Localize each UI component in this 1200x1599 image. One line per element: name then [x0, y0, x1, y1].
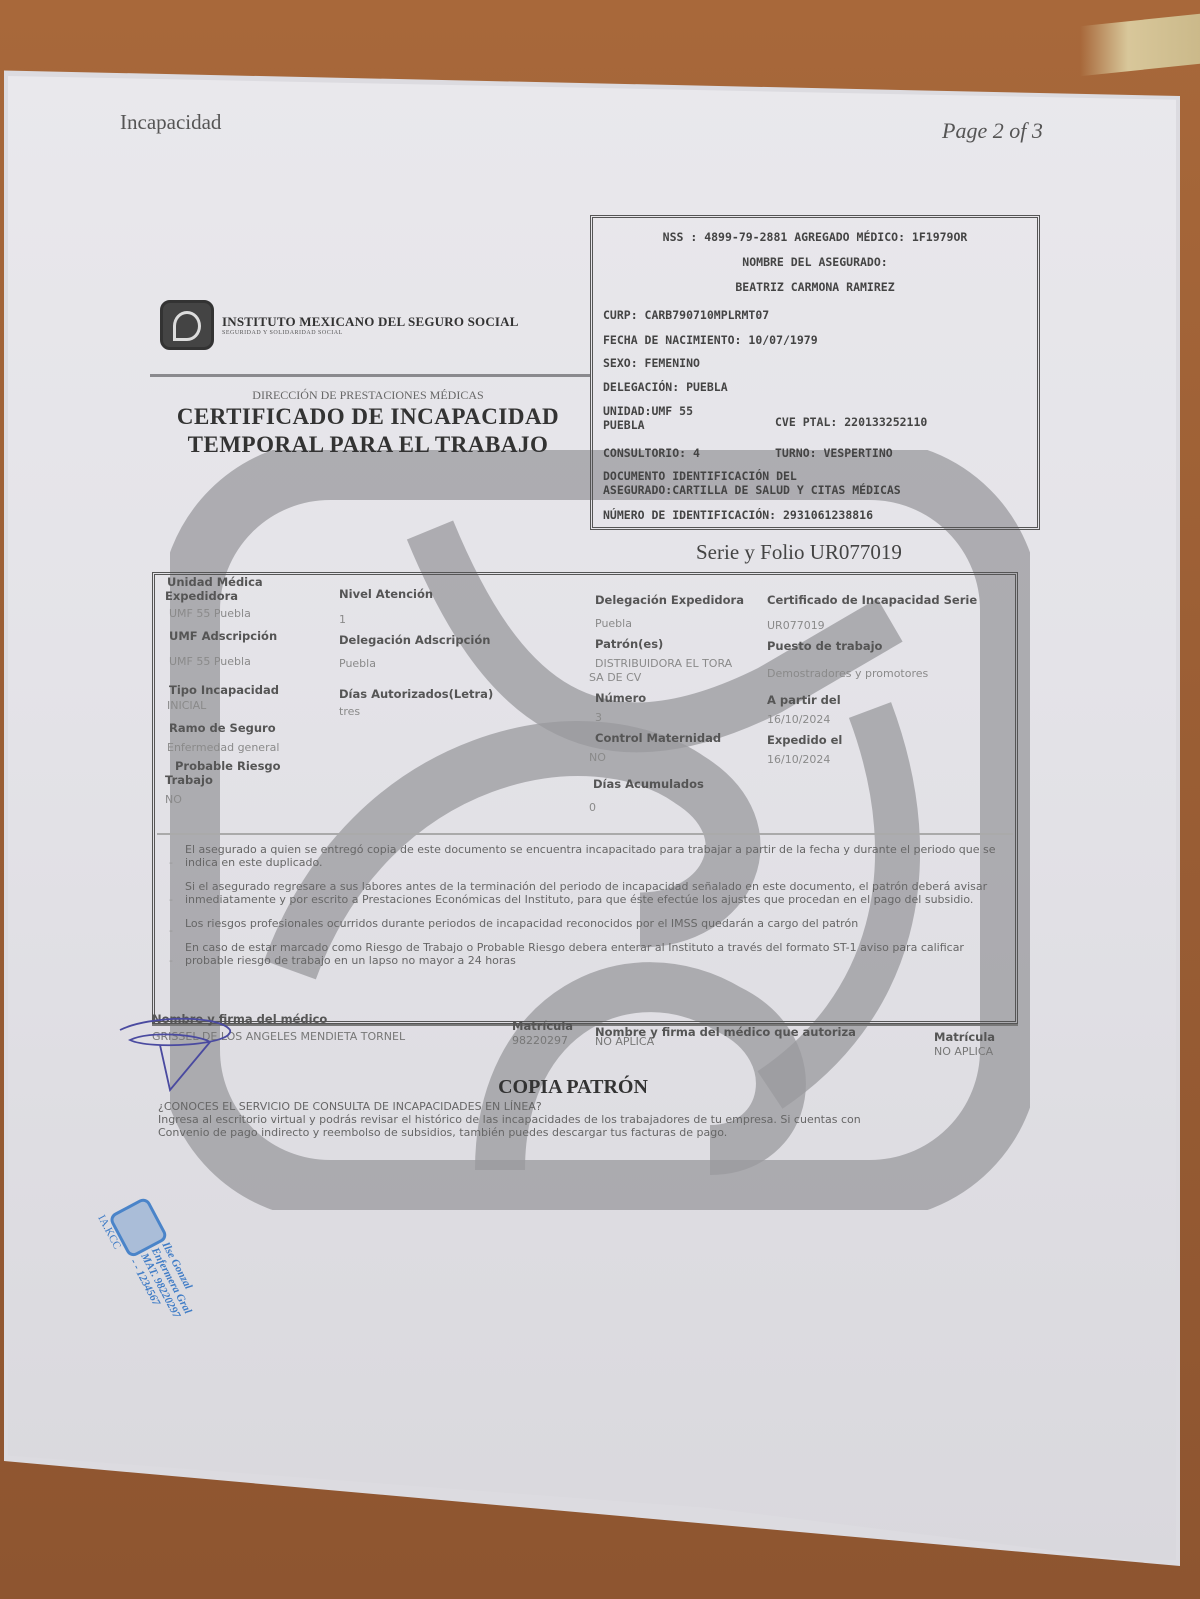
certificate-fields-box: Unidad Médica Expedidora UMF 55 Puebla N…: [152, 572, 1018, 1024]
insured-info-box: NSS : 4899-79-2881 AGREGADO MÉDICO: 1F19…: [590, 215, 1040, 530]
tipo-incapacidad-value: INICIAL: [167, 699, 206, 713]
sex: SEXO: FEMENINO: [603, 356, 700, 370]
dias-acumulados-label: Días Acumulados: [593, 777, 704, 791]
expedido-value: 16/10/2024: [767, 753, 830, 767]
insured-name-label: NOMBRE DEL ASEGURADO:: [593, 255, 1037, 269]
delegacion-adscripcion-value: Puebla: [339, 657, 376, 671]
unit-line-1: UNIDAD:UMF 55: [603, 404, 693, 418]
puesto-value: Demostradores y promotores: [767, 667, 928, 681]
patron-label: Patrón(es): [595, 637, 663, 651]
numero-label: Número: [595, 691, 646, 705]
matricula-label: Matrícula: [512, 1019, 573, 1033]
nss-line: NSS : 4899-79-2881 AGREGADO MÉDICO: 1F19…: [593, 230, 1037, 244]
direction-label: DIRECCIÓN DE PRESTACIONES MÉDICAS: [150, 388, 586, 403]
insured-name: BEATRIZ CARMONA RAMIREZ: [593, 280, 1037, 294]
riesgo-label-1: Probable Riesgo: [175, 759, 281, 773]
unit-line-2: PUEBLA: [603, 418, 645, 432]
doc-id-line-2: ASEGURADO:CARTILLA DE SALUD Y CITAS MÉDI…: [603, 483, 901, 497]
umf-adscripcion-value: UMF 55 Puebla: [169, 655, 251, 669]
control-maternidad-value: NO: [589, 751, 606, 765]
cve-ptal: CVE PTAL: 220133252110: [775, 415, 927, 429]
institution-tagline: SEGURIDAD Y SOLIDARIDAD SOCIAL: [222, 330, 519, 336]
a-partir-label: A partir del: [767, 693, 841, 707]
footer-line-1: ¿CONOCES EL SERVICIO DE CONSULTA DE INCA…: [158, 1100, 958, 1113]
matricula-value: 98220297: [512, 1034, 568, 1047]
cert-serie-value: UR077019: [767, 619, 825, 633]
dias-acumulados-value: 0: [589, 801, 596, 815]
footer-info: ¿CONOCES EL SERVICIO DE CONSULTA DE INCA…: [158, 1100, 958, 1139]
nivel-atencion-value: 1: [339, 613, 346, 627]
consultorio: CONSULTORIO: 4: [603, 446, 700, 460]
authorizer-value: NO APLICA: [595, 1035, 654, 1048]
unidad-expedidora-value: UMF 55 Puebla: [169, 607, 251, 621]
note-item: Los riesgos profesionales ocurridos dura…: [165, 917, 1010, 930]
nivel-atencion-label: Nivel Atención: [339, 587, 433, 601]
riesgo-label-2: Trabajo: [165, 773, 213, 787]
imss-logo-icon: [160, 300, 214, 350]
certificate-title: CERTIFICADO DE INCAPACIDAD TEMPORAL PARA…: [150, 403, 586, 459]
matricula2-value: NO APLICA: [934, 1045, 993, 1058]
header-divider: [150, 374, 590, 377]
title-line-2: TEMPORAL PARA EL TRABAJO: [150, 431, 586, 459]
ramo-label: Ramo de Seguro: [169, 721, 276, 735]
riesgo-value: NO: [165, 793, 182, 807]
note-item: Si el asegurado regresare a sus labores …: [165, 880, 1010, 906]
unidad-expedidora-label-1: Unidad Médica: [167, 575, 263, 589]
footer-line-3: Convenio de pago indirecto y reembolso d…: [158, 1126, 958, 1139]
turno: TURNO: VESPERTINO: [775, 446, 893, 460]
patron-value-2: SA DE CV: [589, 671, 641, 685]
numero-value: 3: [595, 711, 602, 725]
a-partir-value: 16/10/2024: [767, 713, 830, 727]
id-number: NÚMERO DE IDENTIFICACIÓN: 2931061238816: [603, 508, 873, 522]
cert-serie-label: Certificado de Incapacidad Serie: [767, 593, 977, 607]
legal-notes: El asegurado a quien se entregó copia de…: [165, 843, 1010, 978]
control-maternidad-label: Control Maternidad: [595, 731, 721, 745]
imss-logo-block: INSTITUTO MEXICANO DEL SEGURO SOCIAL SEG…: [160, 300, 519, 350]
tape-strip: [1080, 14, 1200, 77]
ramo-value: Enfermedad general: [167, 741, 279, 755]
dias-letra-label: Días Autorizados(Letra): [339, 687, 493, 701]
curp: CURP: CARB790710MPLRMT07: [603, 308, 769, 322]
title-line-1: CERTIFICADO DE INCAPACIDAD: [150, 403, 586, 431]
birth-date: FECHA DE NACIMIENTO: 10/07/1979: [603, 333, 818, 347]
delegacion-expedidora-value: Puebla: [595, 617, 632, 631]
delegacion-adscripcion-label: Delegación Adscripción: [339, 633, 490, 647]
patron-value-1: DISTRIBUIDORA EL TORA: [595, 657, 732, 671]
copy-label: COPIA PATRÓN: [150, 1076, 996, 1099]
delegacion-expedidora-label: Delegación Expedidora: [595, 593, 744, 607]
page-number: Page 2 of 3: [942, 118, 1043, 144]
note-item: En caso de estar marcado como Riesgo de …: [165, 941, 1010, 967]
note-item: El asegurado a quien se entregó copia de…: [165, 843, 1010, 869]
institution-name: INSTITUTO MEXICANO DEL SEGURO SOCIAL: [222, 314, 519, 330]
dias-letra-value: tres: [339, 705, 360, 719]
tipo-incapacidad-label: Tipo Incapacidad: [169, 683, 279, 697]
serie-folio: Serie y Folio UR077019: [696, 540, 902, 565]
puesto-label: Puesto de trabajo: [767, 639, 882, 653]
matricula2-label: Matrícula: [934, 1030, 995, 1044]
fields-divider: [157, 833, 1013, 835]
doc-id-line-1: DOCUMENTO IDENTIFICACIÓN DEL: [603, 469, 797, 483]
expedido-label: Expedido el: [767, 733, 842, 747]
delegation: DELEGACIÓN: PUEBLA: [603, 380, 728, 394]
unidad-expedidora-label-2: Expedidora: [165, 589, 238, 603]
footer-line-2: Ingresa al escritorio virtual y podrás r…: [158, 1113, 958, 1126]
page-header-title: Incapacidad: [120, 110, 221, 135]
umf-adscripcion-label: UMF Adscripción: [169, 629, 277, 643]
